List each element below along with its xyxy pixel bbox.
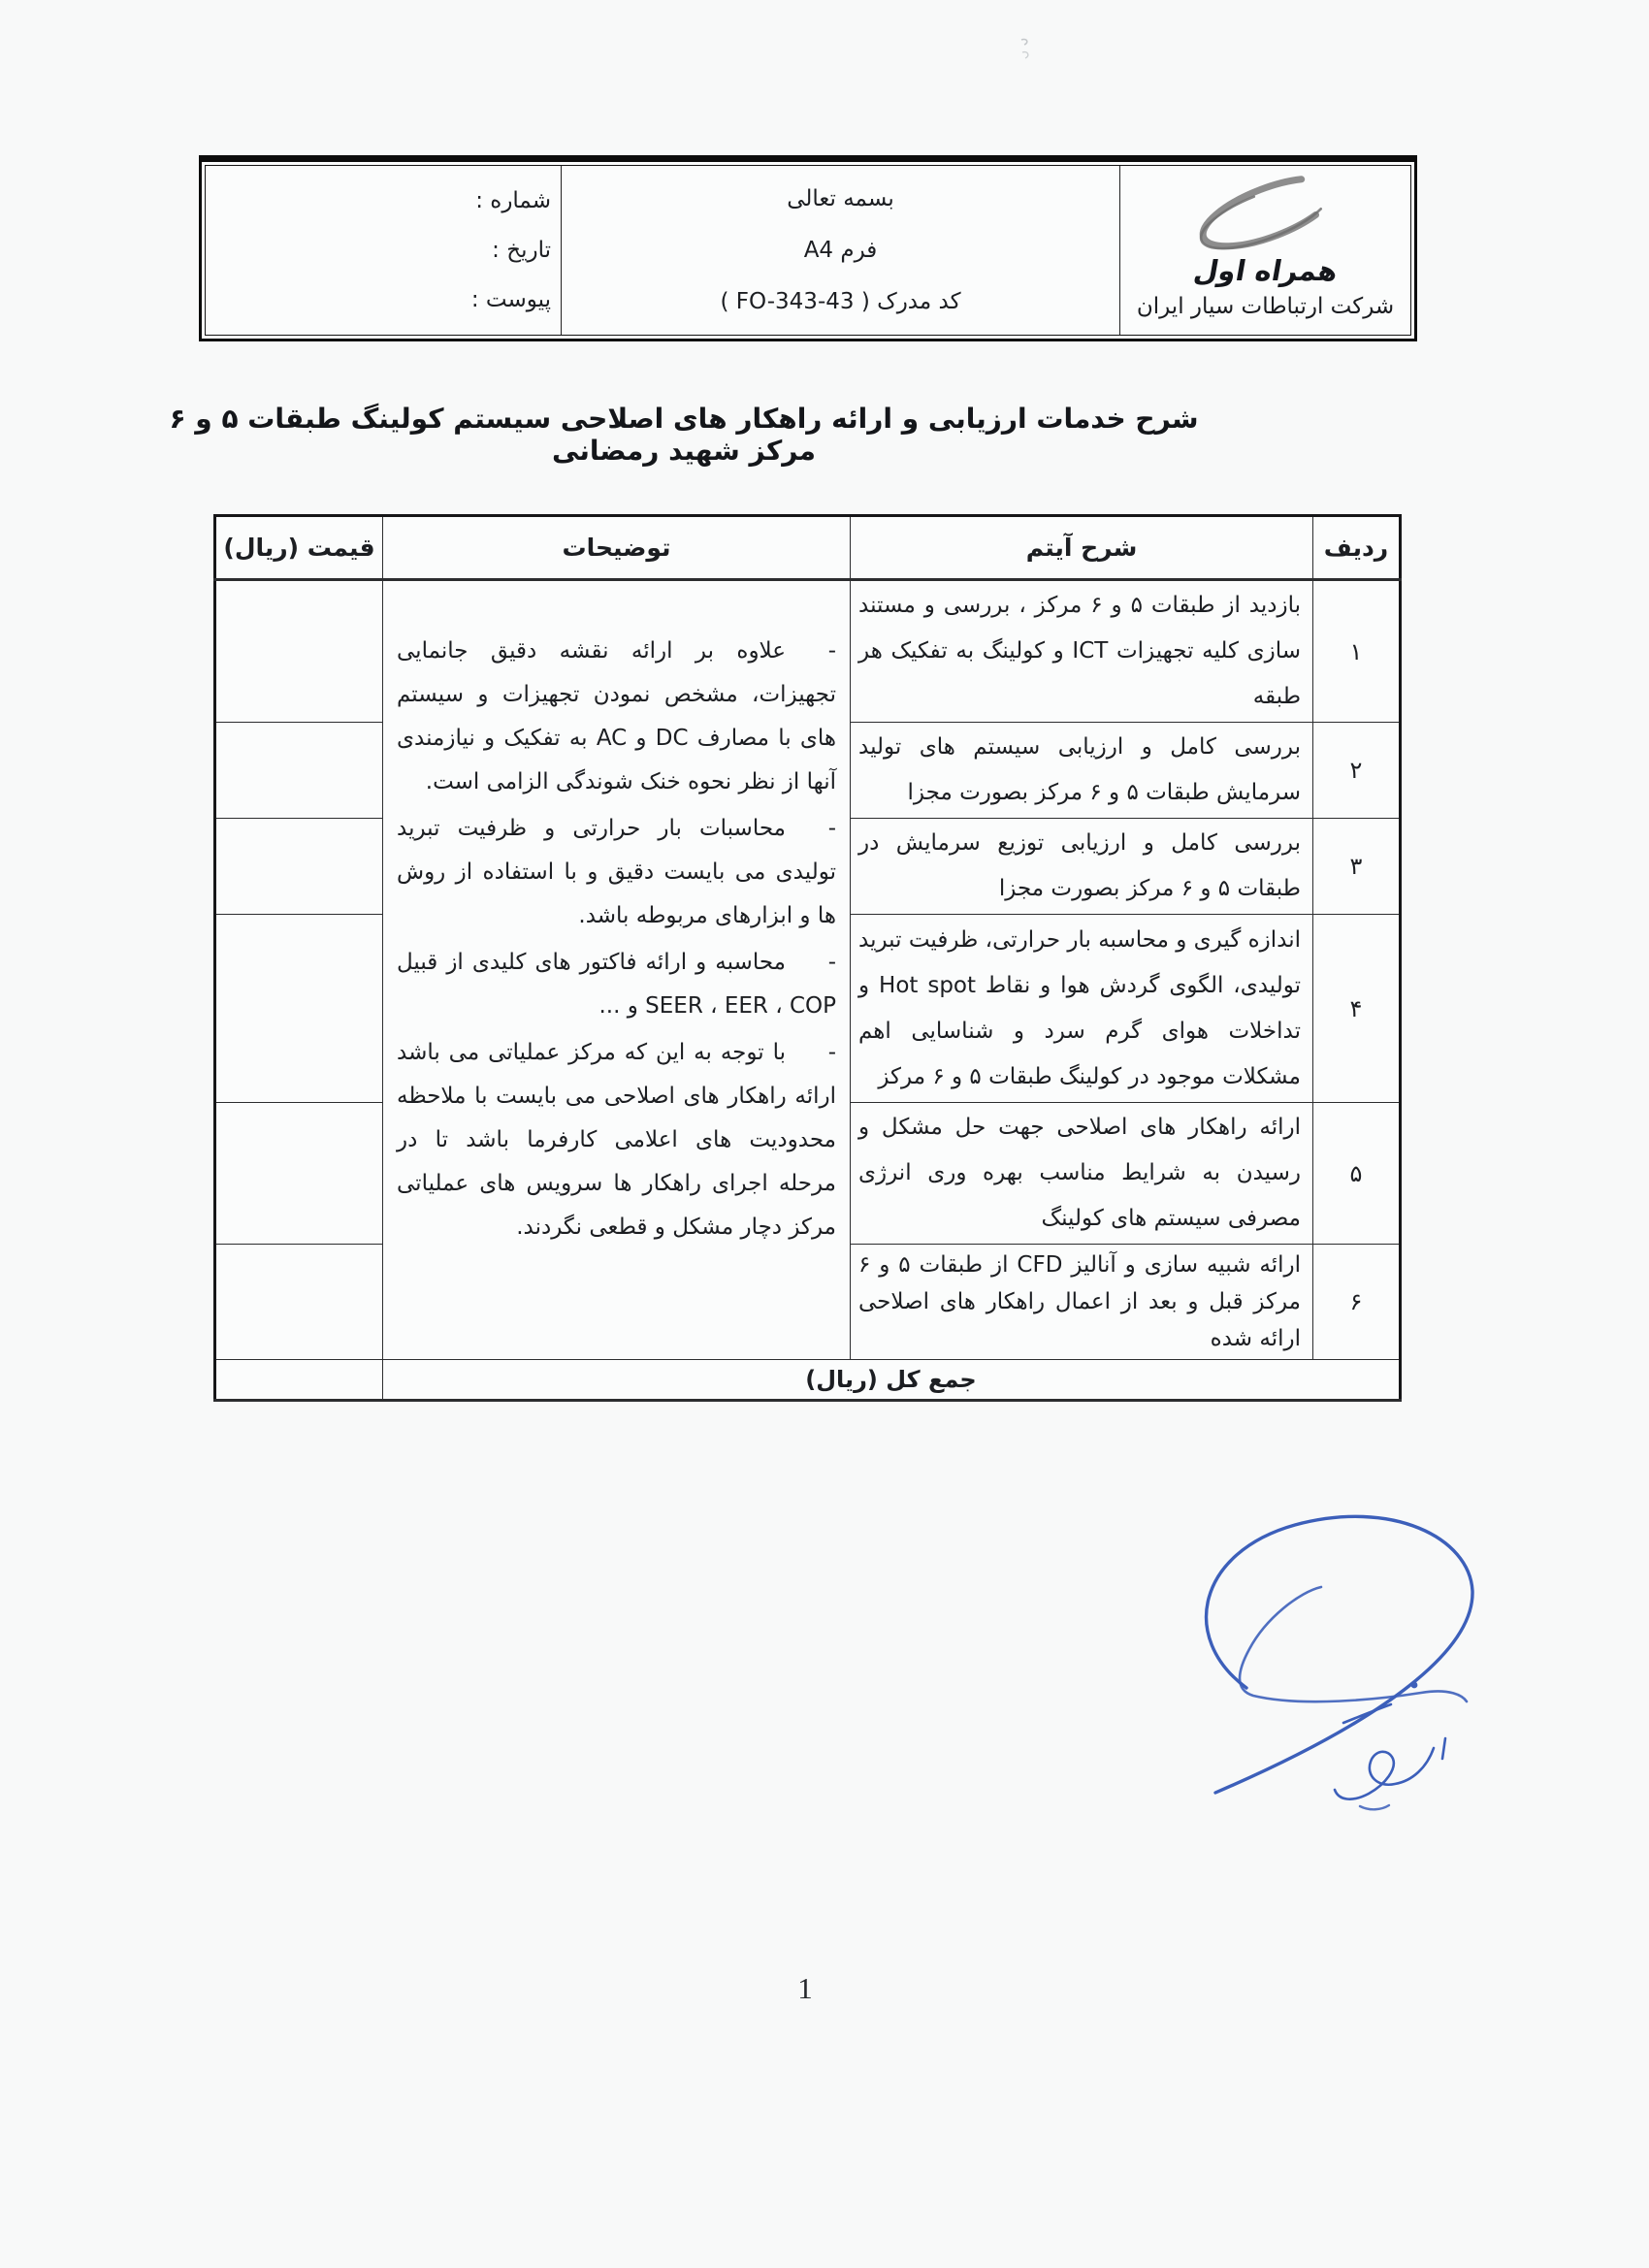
header-logo-cell: همراه اول شرکت ارتباطات سیار ایران [1119, 166, 1410, 335]
bullet-dash: - [786, 941, 836, 985]
field-label-date: تاریخ : [206, 238, 551, 263]
note-bullet: -با توجه به این که مرکز عملیاتی می باشد … [397, 1031, 836, 1249]
header-fields-cell: شماره : تاریخ : پیوست : [206, 166, 561, 335]
notes-cell: -علاوه بر ارائه نقشه دقیق جانمایی تجهیزا… [383, 580, 851, 1360]
note-bullet-text: با توجه به این که مرکز عملیاتی می باشد ا… [397, 1040, 836, 1240]
besmellah-text: بسمه تعالی [787, 186, 894, 211]
total-row: جمع کل (ریال) [215, 1360, 1401, 1401]
services-table: ردیف شرح آیتم توضیحات قیمت (ریال) ۱ بازد… [213, 514, 1402, 1402]
scan-artifact [1018, 37, 1032, 62]
row-number: ۴ [1313, 915, 1401, 1103]
price-cell [215, 1245, 383, 1360]
handwritten-signature [1106, 1445, 1503, 1833]
field-label-number: شماره : [206, 188, 551, 213]
bullet-dash: - [786, 630, 836, 673]
document-title: شرح خدمات ارزیابی و ارائه راهکار های اصل… [160, 403, 1208, 467]
header-center-cell: بسمه تعالی فرم A4 کد مدرک ( FO-343-43 ) [561, 166, 1119, 335]
bullet-dash: - [786, 1031, 836, 1075]
note-bullet-text: محاسبات بار حرارتی و ظرفیت تبرید تولیدی … [397, 816, 836, 928]
row-number: ۶ [1313, 1245, 1401, 1360]
doc-code-text: کد مدرک ( FO-343-43 ) [720, 289, 960, 314]
note-bullet: -محاسبه و ارائه فاکتور های کلیدی از قبیل… [397, 941, 836, 1028]
header-box: همراه اول شرکت ارتباطات سیار ایران بسمه … [199, 155, 1417, 341]
scanned-document-page: همراه اول شرکت ارتباطات سیار ایران بسمه … [0, 0, 1649, 2268]
row-number: ۵ [1313, 1103, 1401, 1245]
header-item-description: شرح آیتم [851, 516, 1313, 580]
row-number: ۱ [1313, 580, 1401, 723]
note-bullet-text: محاسبه و ارائه فاکتور های کلیدی از قبیل … [397, 950, 836, 1019]
table-row: ۱ بازدید از طبقات ۵ و ۶ مرکز ، بررسی و م… [215, 580, 1401, 723]
row-number: ۳ [1313, 819, 1401, 915]
price-cell [215, 723, 383, 819]
note-bullet: -علاوه بر ارائه نقشه دقیق جانمایی تجهیزا… [397, 630, 836, 804]
table-header-row: ردیف شرح آیتم توضیحات قیمت (ریال) [215, 516, 1401, 580]
page-number: 1 [747, 1971, 863, 2006]
price-cell [215, 1103, 383, 1245]
item-description: ارائه راهکار های اصلاحی جهت حل مشکل و رس… [851, 1103, 1313, 1245]
total-label: جمع کل (ریال) [383, 1360, 1401, 1401]
item-description: بازدید از طبقات ۵ و ۶ مرکز ، بررسی و مست… [851, 580, 1313, 723]
row-number: ۲ [1313, 723, 1401, 819]
logo-wordmark: همراه اول [1191, 257, 1340, 285]
note-bullet-text: علاوه بر ارائه نقشه دقیق جانمایی تجهیزات… [397, 638, 836, 794]
hamrah-aval-logo-swoosh-icon [1176, 168, 1356, 263]
item-description: بررسی کامل و ارزیابی سیستم های تولید سرم… [851, 723, 1313, 819]
item-description: بررسی کامل و ارزیابی توزیع سرمایش در طبق… [851, 819, 1313, 915]
header-inner-frame: همراه اول شرکت ارتباطات سیار ایران بسمه … [205, 165, 1411, 336]
company-name: شرکت ارتباطات سیار ایران [1137, 294, 1394, 319]
header-row-number: ردیف [1313, 516, 1401, 580]
total-price-cell [215, 1360, 383, 1401]
item-description: ارائه شبیه سازی و آنالیز CFD از طبقات ۵ … [851, 1245, 1313, 1360]
bullet-dash: - [786, 807, 836, 851]
header-notes: توضیحات [383, 516, 851, 580]
field-label-attachment: پیوست : [206, 287, 551, 312]
form-type-text: فرم A4 [804, 238, 878, 263]
note-bullet: -محاسبات بار حرارتی و ظرفیت تبرید تولیدی… [397, 807, 836, 938]
price-cell [215, 580, 383, 723]
price-cell [215, 819, 383, 915]
header-price: قیمت (ریال) [215, 516, 383, 580]
item-description: اندازه گیری و محاسبه بار حرارتی، ظرفیت ت… [851, 915, 1313, 1103]
price-cell [215, 915, 383, 1103]
